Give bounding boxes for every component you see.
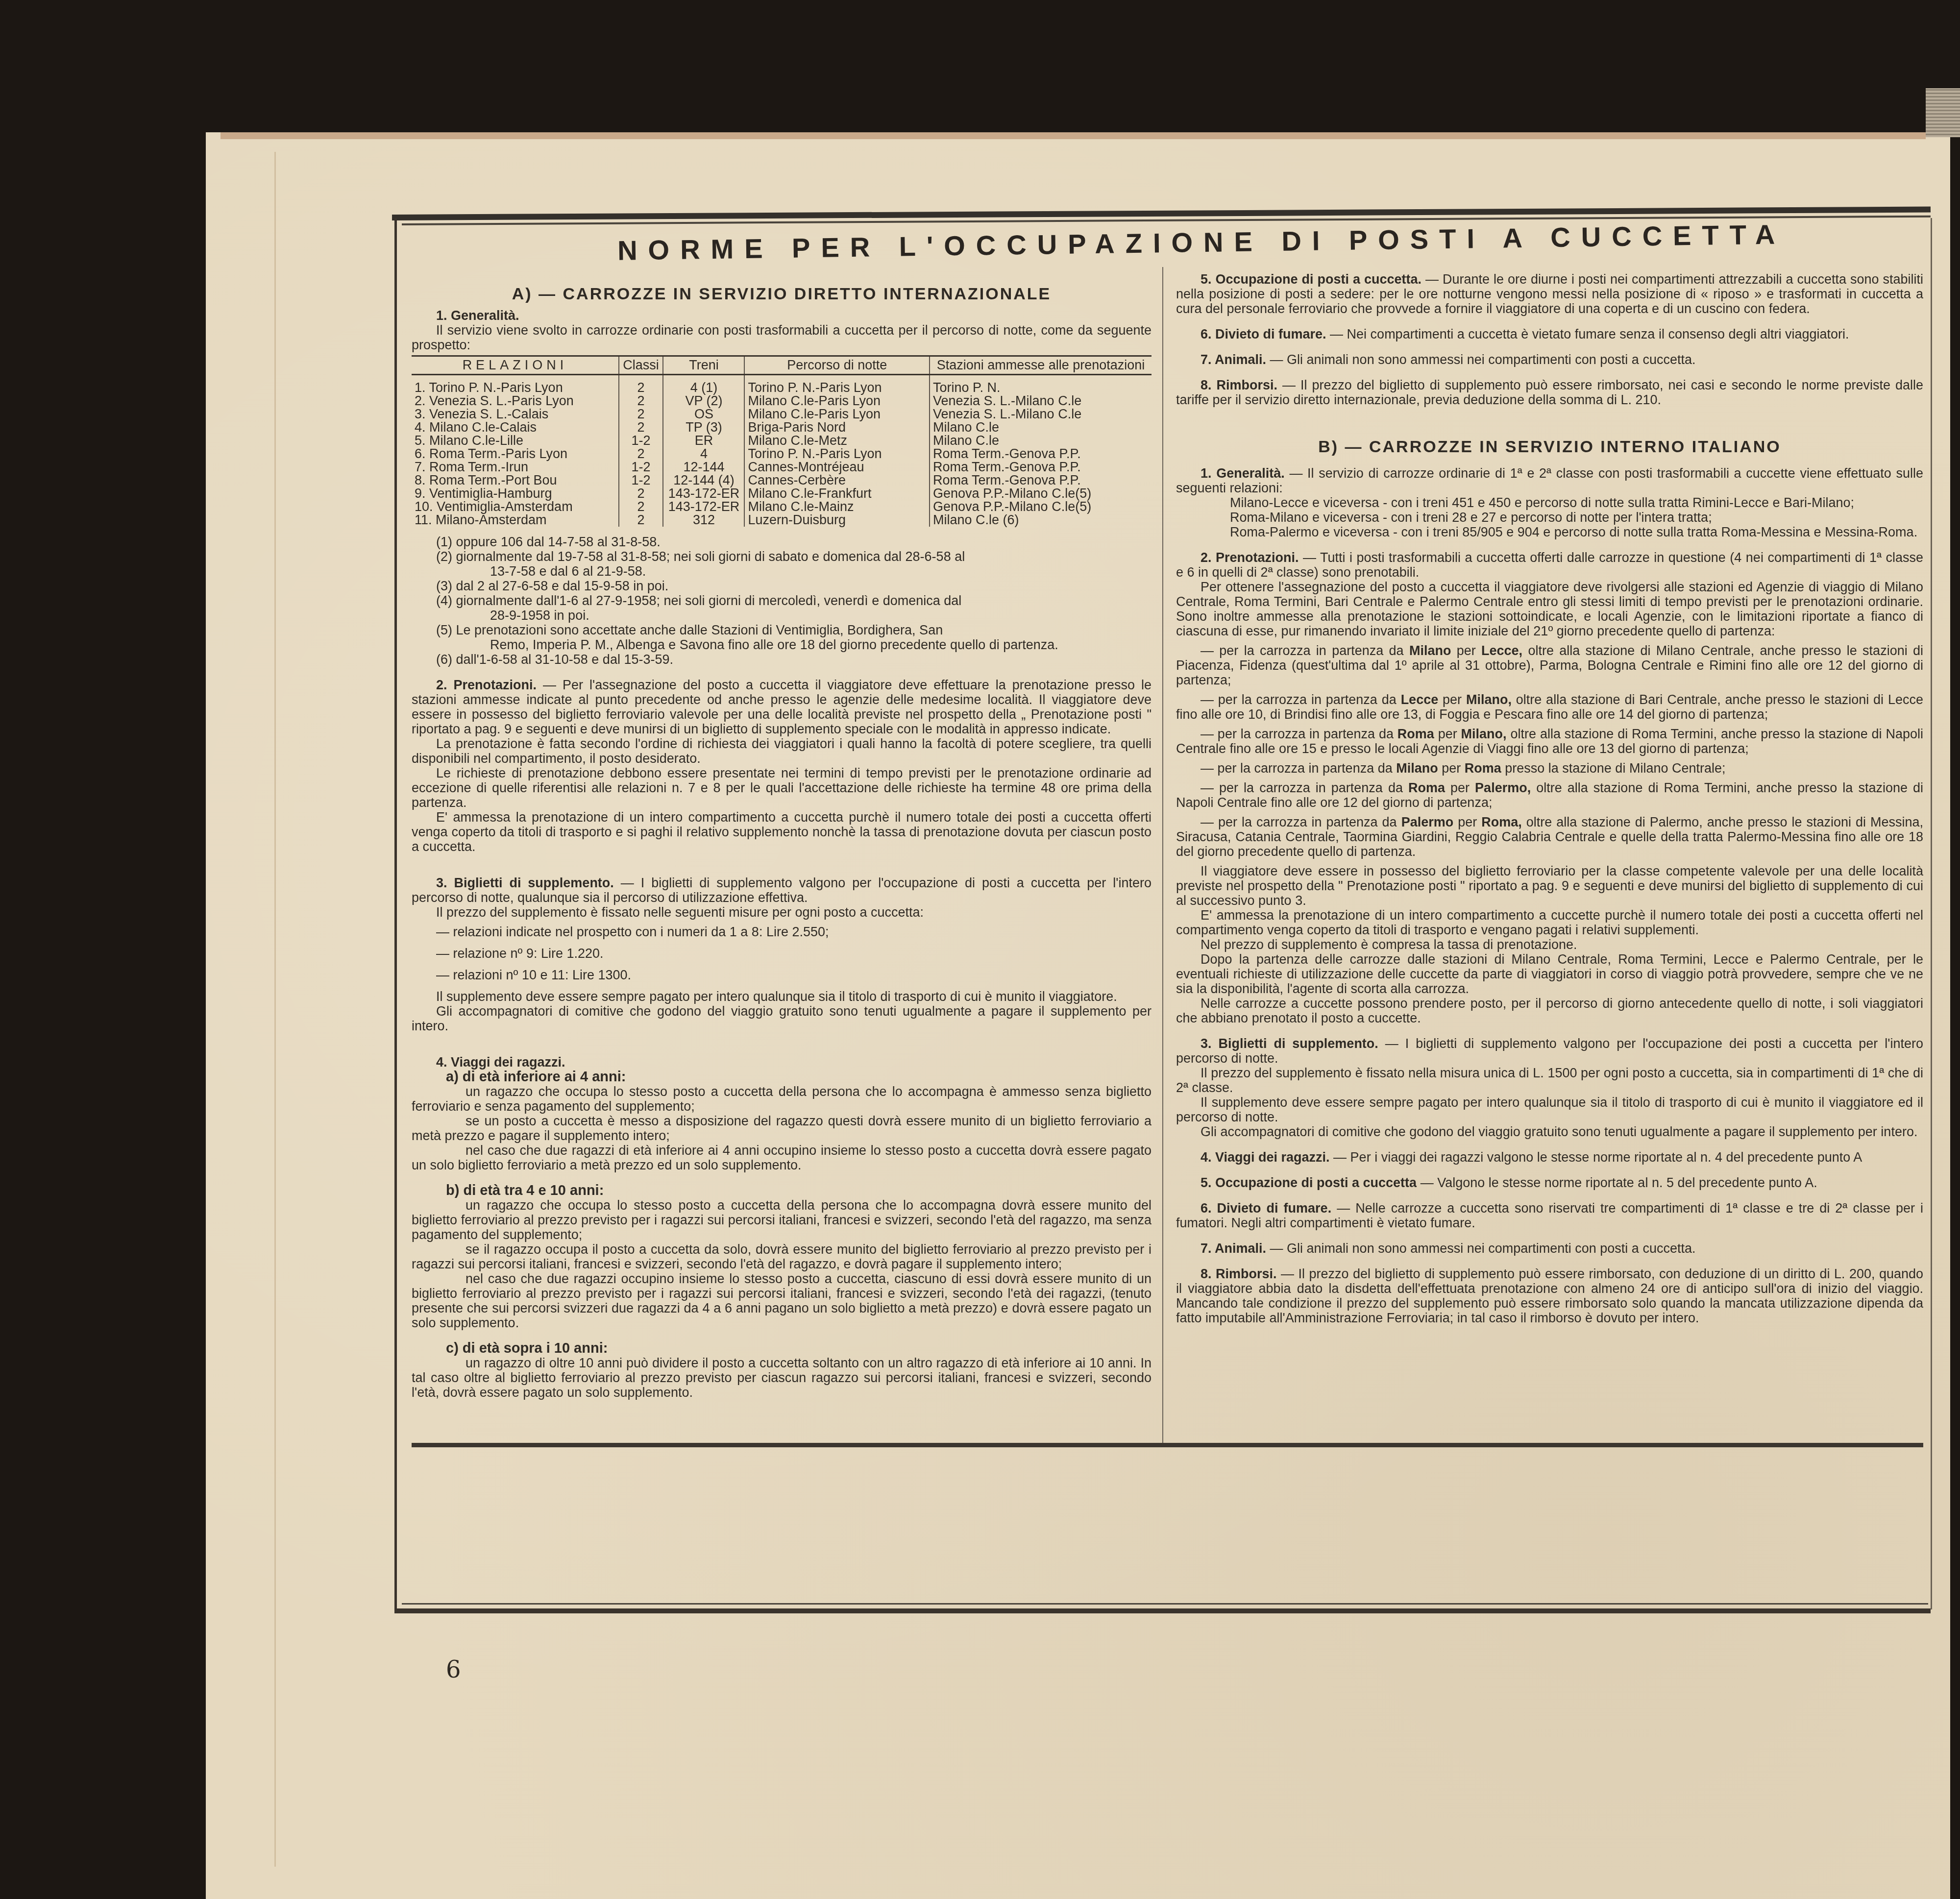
bottom-thick-rule xyxy=(394,1608,1931,1613)
a-biglietti-after-1: Il supplemento deve essere sempre pagato… xyxy=(412,989,1151,1004)
b-ragazzi: 4. Viaggi dei ragazzi. — Per i viaggi de… xyxy=(1176,1150,1923,1165)
a-price-3: — relazioni nº 10 e 11: Lire 1300. xyxy=(436,968,1151,982)
cell-percorso: Milano C.le-Paris Lyon xyxy=(744,408,930,421)
cell-classi: 2 xyxy=(619,375,663,395)
left-column: A) — CARROZZE IN SERVIZIO DIRETTO INTERN… xyxy=(412,287,1151,1411)
column-divider xyxy=(1162,267,1163,1443)
rule-text: — per la carrozza in partenza da xyxy=(1200,815,1401,829)
cell-percorso: Milano C.le-Mainz xyxy=(744,500,930,513)
a-ragazzi-groups: a) di età inferiore ai 4 anni:un ragazzo… xyxy=(412,1070,1151,1411)
a-occupazione: 5. Occupazione di posti a cuccetta. — Du… xyxy=(1176,272,1923,316)
rule-text: per xyxy=(1445,780,1475,795)
cell-stazioni: Roma Term.-Genova P.P. xyxy=(930,447,1151,461)
section-a-heading: A) — CARROZZE IN SERVIZIO DIRETTO INTERN… xyxy=(412,287,1151,301)
cell-relazione: 1. Torino P. N.-Paris Lyon xyxy=(412,375,619,395)
cell-relazione: 11. Milano-Amsterdam xyxy=(412,513,619,527)
cell-relazione: 5. Milano C.le-Lille xyxy=(412,434,619,447)
cell-treni: VP (2) xyxy=(663,394,744,408)
cell-percorso: Milano C.le-Metz xyxy=(744,434,930,447)
rule-text: — per la carrozza in partenza da xyxy=(1200,643,1409,658)
station-rule: — per la carrozza in partenza da Lecce p… xyxy=(1176,692,1923,722)
b-prenotazioni-after-1: Il viaggiatore deve essere in possesso d… xyxy=(1176,864,1923,908)
cell-classi: 2 xyxy=(619,421,663,434)
cell-percorso: Briga-Paris Nord xyxy=(744,421,930,434)
destination-city: Roma, xyxy=(1481,815,1522,829)
cell-stazioni: Venezia S. L.-Milano C.le xyxy=(930,394,1151,408)
ragazzi-rule: se il ragazzo occupa il posto a cuccetta… xyxy=(412,1242,1151,1271)
cell-treni: 4 xyxy=(663,447,744,461)
cell-classi: 2 xyxy=(619,487,663,500)
cell-stazioni: Genova P.P.-Milano C.le(5) xyxy=(930,487,1151,500)
rule-text: per xyxy=(1434,727,1461,741)
b-generalita: 1. Generalità. — Il servizio di carrozze… xyxy=(1176,466,1923,495)
ragazzi-rule: un ragazzo che occupa lo stesso posto a … xyxy=(412,1084,1151,1114)
a-prenotazioni-p4: E' ammessa la prenotazione di un intero … xyxy=(412,810,1151,854)
station-rule: — per la carrozza in partenza da Milano … xyxy=(1176,643,1923,687)
footnote-mark: (5) xyxy=(436,623,452,637)
cell-relazione: 7. Roma Term.-Irun xyxy=(412,461,619,474)
b-occupazione: 5. Occupazione di posti a cuccetta — Val… xyxy=(1176,1175,1923,1190)
cell-treni: 143-172-ER xyxy=(663,500,744,513)
cell-stazioni: Roma Term.-Genova P.P. xyxy=(930,474,1151,487)
cell-classi: 1-2 xyxy=(619,461,663,474)
cell-relazione: 2. Venezia S. L.-Paris Lyon xyxy=(412,394,619,408)
cell-classi: 1-2 xyxy=(619,434,663,447)
cell-stazioni: Venezia S. L.-Milano C.le xyxy=(930,408,1151,421)
destination-city: Palermo, xyxy=(1475,780,1531,795)
ragazzi-rule: un ragazzo che occupa lo stesso posto a … xyxy=(412,1198,1151,1242)
table-row: 4. Milano C.le-Calais2TP (3)Briga-Paris … xyxy=(412,421,1151,434)
header-classi: Classi xyxy=(619,356,663,375)
origin-city: Palermo xyxy=(1401,815,1454,829)
origin-city: Roma xyxy=(1408,780,1445,795)
cell-classi: 1-2 xyxy=(619,474,663,487)
table-row: 2. Venezia S. L.-Paris Lyon2VP (2)Milano… xyxy=(412,394,1151,408)
cell-stazioni: Genova P.P.-Milano C.le(5) xyxy=(930,500,1151,513)
b-route-3: Roma-Palermo e viceversa - con i treni 8… xyxy=(1176,525,1923,539)
underlying-page-edge xyxy=(274,152,295,1867)
ragazzi-rule: nel caso che due ragazzi di età inferior… xyxy=(412,1143,1151,1172)
a-prenotazioni-p3: Le richieste di prenotazione debbono ess… xyxy=(412,766,1151,810)
table-row: 9. Ventimiglia-Hamburg2143-172-ERMilano … xyxy=(412,487,1151,500)
b-biglietti-3: Il supplemento deve essere sempre pagato… xyxy=(1176,1095,1923,1124)
paper-top-edge xyxy=(220,132,1926,139)
right-column: 5. Occupazione di posti a cuccetta. — Du… xyxy=(1176,272,1923,1325)
b-prenotazioni-after-3: Nel prezzo di supplemento è compresa la … xyxy=(1176,937,1923,952)
header-relazioni: RELAZIONI xyxy=(412,356,619,375)
b-prenotazioni-intro: 2. Prenotazioni. — Tutti i posti trasfor… xyxy=(1176,550,1923,580)
section-b-heading: B) — CARROZZE IN SERVIZIO INTERNO ITALIA… xyxy=(1176,439,1923,454)
b-biglietti-1: 3. Biglietti di supplemento. — I bigliet… xyxy=(1176,1036,1923,1066)
cell-percorso: Milano C.le-Paris Lyon xyxy=(744,394,930,408)
footnote-text: Le prenotazioni sono accettate anche dal… xyxy=(456,623,943,637)
footnote: (1) oppure 106 dal 14-7-58 al 31-8-58. xyxy=(436,535,1151,549)
table-body: 1. Torino P. N.-Paris Lyon24 (1)Torino P… xyxy=(412,375,1151,527)
table-row: 10. Ventimiglia-Amsterdam2143-172-ERMila… xyxy=(412,500,1151,513)
a-generalita-text: Il servizio viene svolto in carrozze ord… xyxy=(412,323,1151,352)
table-row: 11. Milano-Amsterdam2312Luzern-DuisburgM… xyxy=(412,513,1151,527)
cell-treni: ER xyxy=(663,434,744,447)
table-row: 8. Roma Term.-Port Bou1-212-144 (4)Canne… xyxy=(412,474,1151,487)
rule-text: per xyxy=(1438,692,1466,707)
rule-text: — per la carrozza in partenza da xyxy=(1200,780,1408,795)
ragazzi-age-heading: b) di età tra 4 e 10 anni: xyxy=(446,1183,1151,1198)
table-row: 1. Torino P. N.-Paris Lyon24 (1)Torino P… xyxy=(412,375,1151,395)
footnote: (6) dall'1-6-58 al 31-10-58 e dal 15-3-5… xyxy=(436,652,1151,667)
cell-relazione: 9. Ventimiglia-Hamburg xyxy=(412,487,619,500)
cell-relazione: 4. Milano C.le-Calais xyxy=(412,421,619,434)
cell-percorso: Luzern-Duisburg xyxy=(744,513,930,527)
rule-text: presso la stazione di Milano Centrale; xyxy=(1501,761,1726,776)
table-row: 7. Roma Term.-Irun1-212-144Cannes-Montré… xyxy=(412,461,1151,474)
cell-classi: 2 xyxy=(619,447,663,461)
footnote-text: dal 2 al 27-6-58 e dal 15-9-58 in poi. xyxy=(456,579,669,593)
cell-classi: 2 xyxy=(619,513,663,527)
ragazzi-rule: nel caso che due ragazzi occupino insiem… xyxy=(412,1271,1151,1330)
b-biglietti-2: Il prezzo del supplemento è fissato nell… xyxy=(1176,1066,1923,1095)
rule-text: — per la carrozza in partenza da xyxy=(1200,761,1396,776)
destination-city: Roma xyxy=(1465,761,1501,776)
a-biglietti-intro: 3. Biglietti di supplemento. — I bigliet… xyxy=(412,876,1151,905)
cell-treni: 12-144 (4) xyxy=(663,474,744,487)
cell-stazioni: Roma Term.-Genova P.P. xyxy=(930,461,1151,474)
cell-classi: 2 xyxy=(619,500,663,513)
ragazzi-rule: se un posto a cuccetta è messo a disposi… xyxy=(412,1114,1151,1143)
a-prenotazioni-p1: 2. Prenotazioni. — Per l'assegnazione de… xyxy=(412,678,1151,736)
footnote: (2) giornalmente dal 19-7-58 al 31-8-58;… xyxy=(436,549,1151,579)
cell-treni: 12-144 xyxy=(663,461,744,474)
footnote-mark: (2) xyxy=(436,549,452,564)
a-price-2: — relazione nº 9: Lire 1.220. xyxy=(436,946,1151,961)
a-animali: 7. Animali. — Gli animali non sono ammes… xyxy=(1176,352,1923,367)
rule-text: — per la carrozza in partenza da xyxy=(1200,692,1401,707)
ragazzi-age-heading: a) di età inferiore ai 4 anni: xyxy=(446,1070,1151,1084)
cell-percorso: Cannes-Cerbère xyxy=(744,474,930,487)
a-biglietti-price-intro: Il prezzo del supplemento è fissato nell… xyxy=(412,905,1151,920)
a-price-1: — relazioni indicate nel prospetto con i… xyxy=(436,925,1151,939)
footnote-mark: (3) xyxy=(436,579,452,593)
cell-stazioni: Milano C.le xyxy=(930,434,1151,447)
b-route-2: Roma-Milano e viceversa - con i treni 28… xyxy=(1176,510,1923,525)
cell-treni: OS xyxy=(663,408,744,421)
a-biglietti-after-2: Gli accompagnatori di comitive che godon… xyxy=(412,1004,1151,1033)
rule-text: per xyxy=(1451,643,1481,658)
station-rule: — per la carrozza in partenza da Roma pe… xyxy=(1176,780,1923,810)
header-treni: Treni xyxy=(663,356,744,375)
footnote: (5) Le prenotazioni sono accettate anche… xyxy=(436,623,1151,652)
footnote-continuation: 28-9-1958 in poi. xyxy=(436,608,1151,623)
table-footnotes: (1) oppure 106 dal 14-7-58 al 31-8-58.(2… xyxy=(412,535,1151,667)
a-ragazzi-label: 4. Viaggi dei ragazzi. xyxy=(436,1055,1151,1070)
rule-text: — per la carrozza in partenza da xyxy=(1200,727,1397,741)
b-prenotazioni-p2: Per ottenere l'assegnazione del posto a … xyxy=(1176,580,1923,638)
page-number: 6 xyxy=(446,1656,461,1683)
header-stazioni: Stazioni ammesse alle prenotazioni xyxy=(930,356,1151,375)
a-rimborsi: 8. Rimborsi. — Il prezzo del biglietto d… xyxy=(1176,378,1923,407)
a-generalita-label: 1. Generalità. xyxy=(436,308,1151,323)
header-percorso: Percorso di notte xyxy=(744,356,930,375)
footnote-mark: (4) xyxy=(436,593,452,608)
relazioni-table: RELAZIONI Classi Treni Percorso di notte… xyxy=(412,355,1151,527)
cell-treni: 4 (1) xyxy=(663,375,744,395)
cell-percorso: Torino P. N.-Paris Lyon xyxy=(744,447,930,461)
table-row: 3. Venezia S. L.-Calais2OSMilano C.le-Pa… xyxy=(412,408,1151,421)
cell-stazioni: Torino P. N. xyxy=(930,375,1151,395)
cell-relazione: 8. Roma Term.-Port Bou xyxy=(412,474,619,487)
ragazzi-rule: un ragazzo di oltre 10 anni può dividere… xyxy=(412,1356,1151,1400)
b-prenotazioni-stations: — per la carrozza in partenza da Milano … xyxy=(1176,638,1923,864)
station-rule: — per la carrozza in partenza da Milano … xyxy=(1176,761,1923,776)
footnote: (4) giornalmente dall'1-6 al 27-9-1958; … xyxy=(436,593,1151,623)
destination-city: Milano, xyxy=(1461,727,1507,741)
station-rule: — per la carrozza in partenza da Roma pe… xyxy=(1176,727,1923,756)
columns-bottom-rule xyxy=(412,1443,1923,1447)
cell-percorso: Milano C.le-Frankfurt xyxy=(744,487,930,500)
b-prenotazioni-after-2: E' ammessa la prenotazione di un intero … xyxy=(1176,908,1923,937)
origin-city: Lecce xyxy=(1401,692,1439,707)
cell-treni: TP (3) xyxy=(663,421,744,434)
footnote: (3) dal 2 al 27-6-58 e dal 15-9-58 in po… xyxy=(436,579,1151,593)
cell-relazione: 10. Ventimiglia-Amsterdam xyxy=(412,500,619,513)
rule-text: per xyxy=(1453,815,1481,829)
footnote-continuation: 13-7-58 e dal 6 al 21-9-58. xyxy=(436,564,1151,579)
table-header-row: RELAZIONI Classi Treni Percorso di notte… xyxy=(412,356,1151,375)
cell-classi: 2 xyxy=(619,394,663,408)
cell-classi: 2 xyxy=(619,408,663,421)
cell-percorso: Torino P. N.-Paris Lyon xyxy=(744,375,930,395)
b-prenotazioni-after-5: Nelle carrozze a cuccette possono prende… xyxy=(1176,996,1923,1025)
origin-city: Milano xyxy=(1396,761,1438,776)
b-fumare: 6. Divieto di fumare. — Nelle carrozze a… xyxy=(1176,1201,1923,1230)
cell-relazione: 6. Roma Term.-Paris Lyon xyxy=(412,447,619,461)
origin-city: Roma xyxy=(1397,727,1434,741)
footnote-text: giornalmente dal 19-7-58 al 31-8-58; nei… xyxy=(456,549,965,564)
origin-city: Milano xyxy=(1409,643,1451,658)
cell-stazioni: Milano C.le (6) xyxy=(930,513,1151,527)
a-fumare: 6. Divieto di fumare. — Nei compartiment… xyxy=(1176,327,1923,341)
b-route-1: Milano-Lecce e viceversa - con i treni 4… xyxy=(1176,495,1923,510)
footnote-text: oppure 106 dal 14-7-58 al 31-8-58. xyxy=(456,535,661,549)
b-biglietti-4: Gli accompagnatori di comitive che godon… xyxy=(1176,1124,1923,1139)
footnote-mark: (6) xyxy=(436,652,452,667)
cell-treni: 312 xyxy=(663,513,744,527)
footnote-text: dall'1-6-58 al 31-10-58 e dal 15-3-59. xyxy=(456,652,673,667)
cell-relazione: 3. Venezia S. L.-Calais xyxy=(412,408,619,421)
cell-treni: 143-172-ER xyxy=(663,487,744,500)
book-spine-edge xyxy=(1926,88,1960,137)
b-prenotazioni-after-4: Dopo la partenza delle carrozze dalle st… xyxy=(1176,952,1923,996)
cell-stazioni: Milano C.le xyxy=(930,421,1151,434)
footnote-continuation: Remo, Imperia P. M., Albenga e Savona fi… xyxy=(436,637,1151,652)
rule-text: per xyxy=(1438,761,1465,776)
a-prenotazioni-p2: La prenotazione è fatta secondo l'ordine… xyxy=(412,736,1151,766)
b-rimborsi: 8. Rimborsi. — Il prezzo del biglietto d… xyxy=(1176,1266,1923,1325)
footnote-mark: (1) xyxy=(436,535,452,549)
ragazzi-age-heading: c) di età sopra i 10 anni: xyxy=(446,1341,1151,1356)
destination-city: Lecce, xyxy=(1481,643,1522,658)
destination-city: Milano, xyxy=(1466,692,1512,707)
bottom-thin-rule xyxy=(402,1603,1928,1605)
cell-percorso: Cannes-Montréjeau xyxy=(744,461,930,474)
footnote-text: giornalmente dall'1-6 al 27-9-1958; nei … xyxy=(456,593,962,608)
b-animali: 7. Animali. — Gli animali non sono ammes… xyxy=(1176,1241,1923,1256)
table-row: 5. Milano C.le-Lille1-2ERMilano C.le-Met… xyxy=(412,434,1151,447)
table-row: 6. Roma Term.-Paris Lyon24Torino P. N.-P… xyxy=(412,447,1151,461)
station-rule: — per la carrozza in partenza da Palermo… xyxy=(1176,815,1923,859)
